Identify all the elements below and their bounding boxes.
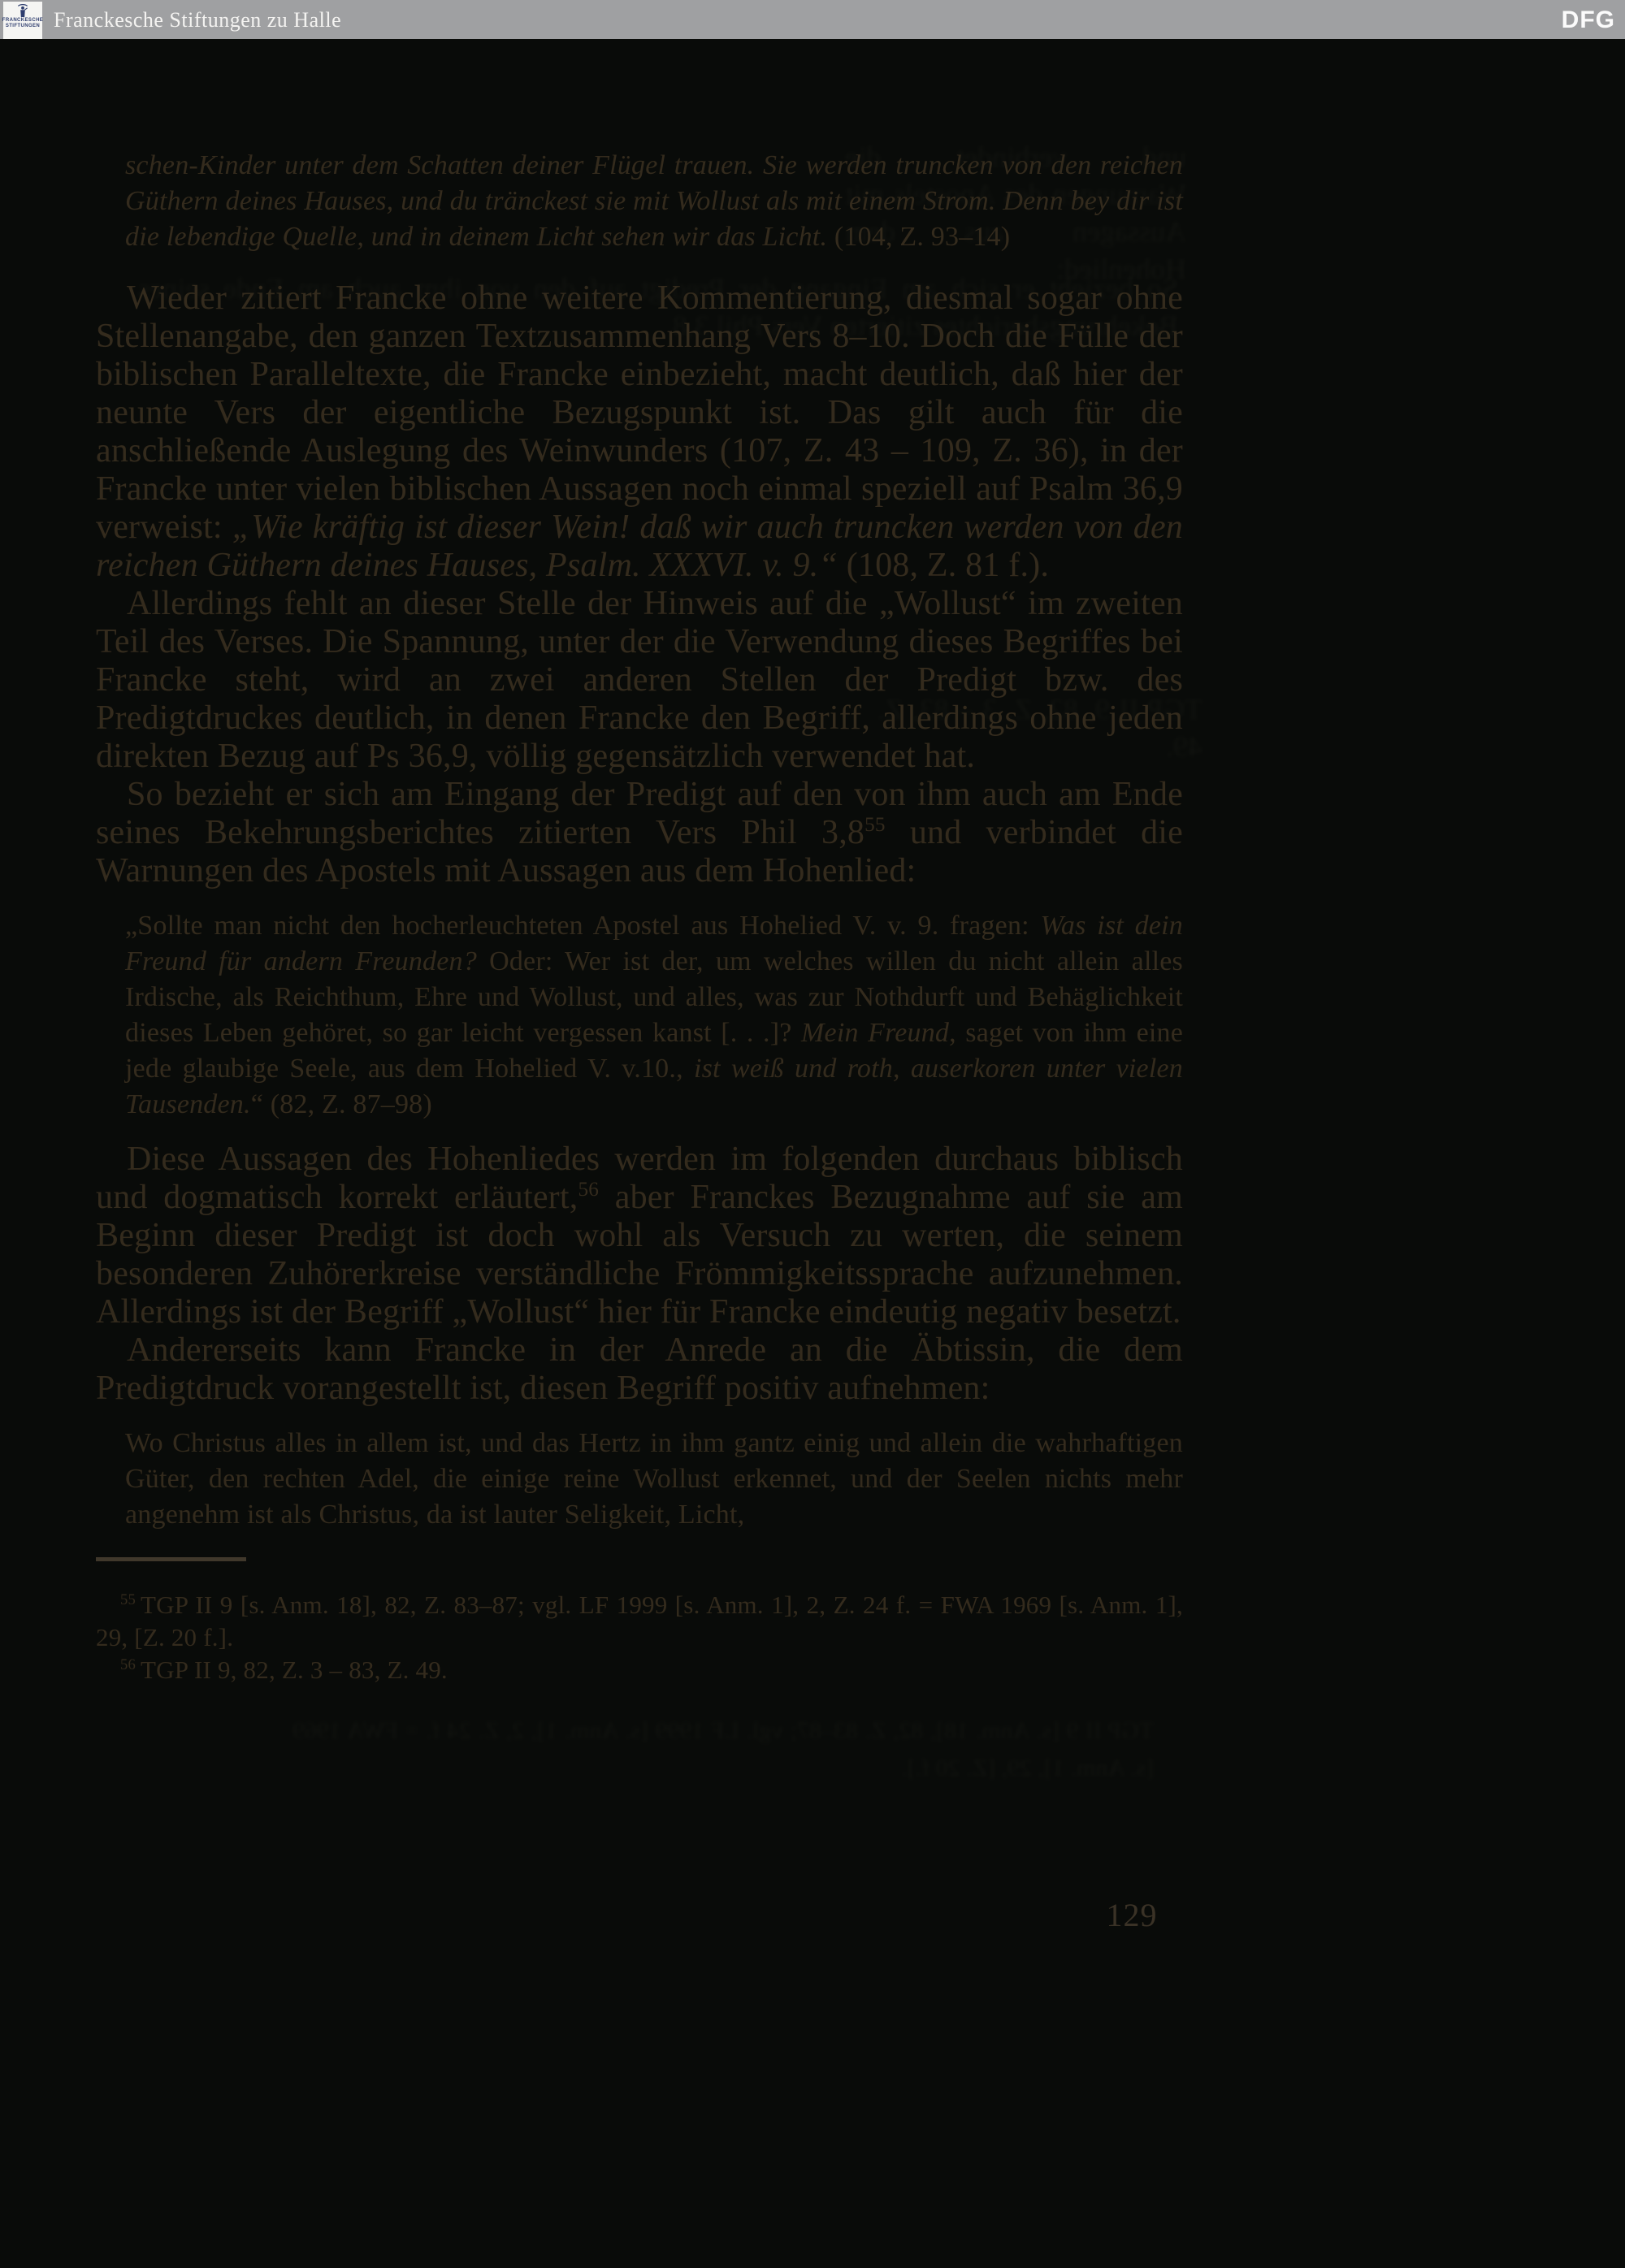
bleed-through-text: TGP II 9 [s. Anm. 18], 82, Z. 83–87; vgl… <box>292 1712 1154 1787</box>
book-scan: So bezieht er sich am Eingang der Predig… <box>0 0 1625 2268</box>
body-text: Wieder zitiert Francke ohne weitere Komm… <box>96 279 1183 546</box>
block-quote-sollte: „Sollte man nicht den hocherleuchteten A… <box>125 908 1183 1123</box>
franckesche-logo-icon <box>16 3 29 18</box>
footnote-text: TGP II 9 [s. Anm. 18], 82, Z. 83–87; vgl… <box>96 1591 1183 1651</box>
quote-italic-text: schen-Kinder unter dem Schatten deiner F… <box>125 150 1183 252</box>
institution-name: Franckesche Stiftungen zu Halle <box>54 8 341 32</box>
block-quote-wo-christus: Wo Christus alles in allem ist, und das … <box>125 1426 1183 1533</box>
dfg-logo: DFG <box>1562 6 1615 34</box>
logo-caption-line1: FRANCKESCHE <box>2 18 43 24</box>
paragraph-so-bezieht: So bezieht er sich am Eingang der Predig… <box>96 776 1183 890</box>
footnote-text: TGP II 9, 82, Z. 3 – 83, Z. 49. <box>141 1656 448 1684</box>
footnote-marker: 55 <box>120 1591 136 1608</box>
quote-roman-text: „Sollte man nicht den hocherleuchteten A… <box>125 911 1041 941</box>
footnote-separator-rule <box>96 1557 246 1561</box>
quote-citation: (104, Z. 93–14) <box>827 222 1010 252</box>
page-number: 129 <box>1095 1896 1168 1934</box>
quote-citation: “ (82, Z. 87–98) <box>251 1089 432 1119</box>
paragraph-wieder: Wieder zitiert Francke ohne weitere Komm… <box>96 279 1183 585</box>
paragraph-andererseits: Andererseits kann Francke in der Anrede … <box>96 1331 1183 1408</box>
quote-italic-text: Mein Freund <box>801 1018 949 1048</box>
franckesche-stiftungen-logo: FRANCKESCHE STIFTUNGEN <box>3 2 42 39</box>
footnote-ref-56: 56 <box>578 1179 599 1201</box>
footnote-marker: 56 <box>120 1656 136 1673</box>
footnote-ref-55: 55 <box>864 814 886 836</box>
paragraph-allerdings: Allerdings fehlt an dieser Stelle der Hi… <box>96 585 1183 776</box>
scan-footer-bar: FRANCKESCHE STIFTUNGEN Franckesche Stift… <box>0 0 1625 39</box>
logo-caption-line2: STIFTUNGEN <box>6 24 40 29</box>
opening-block-quote: schen-Kinder unter dem Schatten deiner F… <box>125 148 1183 255</box>
paragraph-diese: Diese Aussagen des Hohenliedes werden im… <box>96 1140 1183 1331</box>
inline-citation: (108, Z. 81 f.). <box>838 547 1049 584</box>
footnote-55: 55TGP II 9 [s. Anm. 18], 82, Z. 83–87; v… <box>96 1589 1183 1654</box>
text-column: schen-Kinder unter dem Schatten deiner F… <box>96 148 1183 1686</box>
footnote-56: 56TGP II 9, 82, Z. 3 – 83, Z. 49. <box>96 1654 1183 1686</box>
